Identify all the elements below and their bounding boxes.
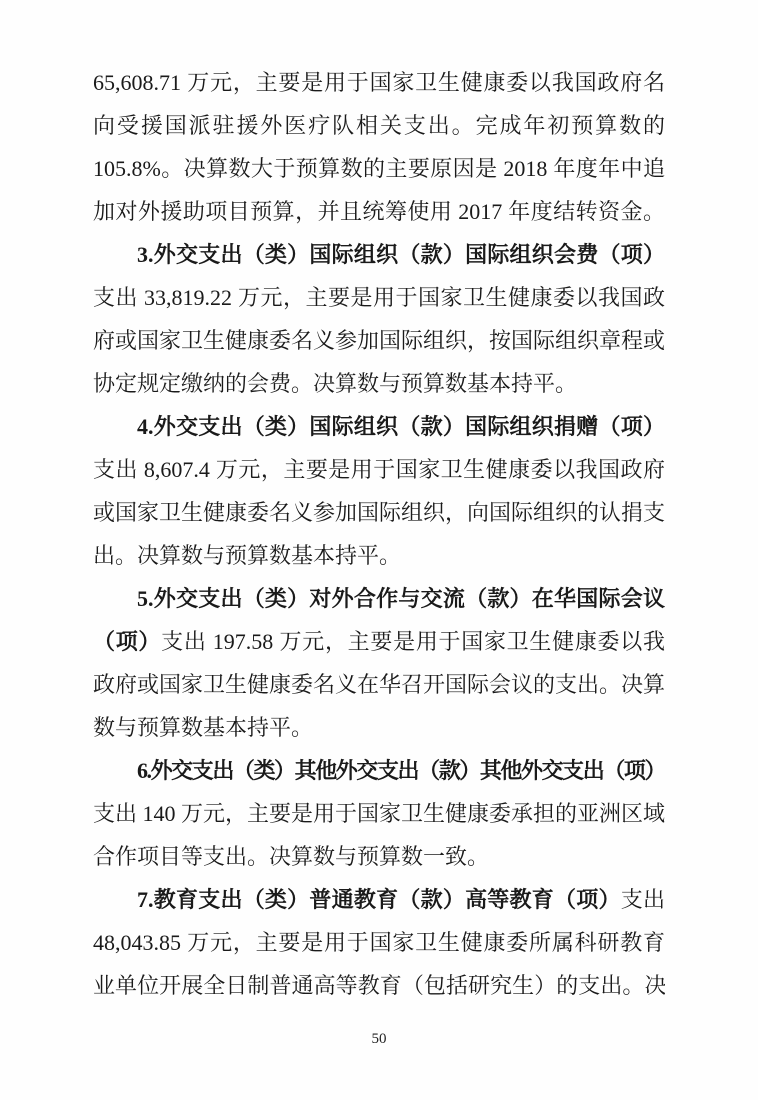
document-page: 65,608.71 万元，主要是用于国家卫生健康委以我国政府名义向受援国派驻援外… bbox=[0, 0, 758, 1100]
text-line: 5.外交支出（类）对外合作与交流（款）在华国际会议 bbox=[93, 577, 665, 620]
text-line: （项）支出 197.58 万元，主要是用于国家卫生健康委以我国 bbox=[93, 620, 665, 663]
text-line: 支出 140 万元，主要是用于国家卫生健康委承担的亚洲区域 bbox=[93, 792, 665, 835]
text-line: 65,608.71 万元，主要是用于国家卫生健康委以我国政府名义 bbox=[93, 61, 665, 104]
body-text: 支出 140 万元，主要是用于国家卫生健康委承担的亚洲区域 bbox=[93, 801, 665, 826]
text-line: 协定规定缴纳的会费。决算数与预算数基本持平。 bbox=[93, 362, 665, 405]
text-line: 支出 8,607.4 万元，主要是用于国家卫生健康委以我国政府 bbox=[93, 448, 665, 491]
text-line: 业单位开展全日制普通高等教育（包括研究生）的支出。决 bbox=[93, 964, 665, 1007]
heading-text: 3.外交支出（类）国际组织（款）国际组织会费（项） bbox=[137, 242, 665, 267]
body-text: 支出 197.58 万元，主要是用于国家卫生健康委以我国 bbox=[93, 629, 665, 663]
body-text: 65,608.71 万元，主要是用于国家卫生健康委以我国政府名义 bbox=[93, 70, 665, 104]
body-text: 加对外援助项目预算，并且统筹使用 2017 年度结转资金。 bbox=[93, 199, 665, 224]
text-line: 3.外交支出（类）国际组织（款）国际组织会费（项） bbox=[93, 233, 665, 276]
body-text: 数与预算数基本持平。 bbox=[93, 715, 313, 740]
body-text: 府或国家卫生健康委名义参加国际组织，按国际组织章程或 bbox=[93, 328, 665, 353]
body-text: 合作项目等支出。决算数与预算数一致。 bbox=[93, 844, 489, 869]
body-text: 48,043.85 万元，主要是用于国家卫生健康委所属科研教育事 bbox=[93, 930, 665, 964]
body-text: 或国家卫生健康委名义参加国际组织，向国际组织的认捐支 bbox=[93, 500, 665, 525]
body-text: 105.8%。决算数大于预算数的主要原因是 2018 年度年中追 bbox=[93, 156, 665, 181]
text-line: 48,043.85 万元，主要是用于国家卫生健康委所属科研教育事 bbox=[93, 921, 665, 964]
body-text: 协定规定缴纳的会费。决算数与预算数基本持平。 bbox=[93, 371, 577, 396]
page-number: 50 bbox=[0, 1028, 758, 1050]
body-text: 业单位开展全日制普通高等教育（包括研究生）的支出。决 bbox=[93, 973, 665, 998]
text-line: 7.教育支出（类）普通教育（款）高等教育（项）支出 bbox=[93, 878, 665, 921]
text-line: 6.外交支出（类）其他外交支出（款）其他外交支出（项） bbox=[93, 749, 665, 792]
body-text: 政府或国家卫生健康委名义在华召开国际会议的支出。决算 bbox=[93, 672, 665, 697]
text-line: 出。决算数与预算数基本持平。 bbox=[93, 534, 665, 577]
text-line: 府或国家卫生健康委名义参加国际组织，按国际组织章程或 bbox=[93, 319, 665, 362]
body-text: 支出 bbox=[621, 887, 665, 912]
text-line: 4.外交支出（类）国际组织（款）国际组织捐赠（项） bbox=[93, 405, 665, 448]
heading-text: 6.外交支出（类）其他外交支出（款）其他外交支出（项） bbox=[137, 758, 665, 783]
body-text: 向受援国派驻援外医疗队相关支出。完成年初预算数的 bbox=[93, 113, 665, 138]
text-line: 合作项目等支出。决算数与预算数一致。 bbox=[93, 835, 665, 878]
text-line: 加对外援助项目预算，并且统筹使用 2017 年度结转资金。 bbox=[93, 190, 665, 233]
text-line: 支出 33,819.22 万元，主要是用于国家卫生健康委以我国政 bbox=[93, 276, 665, 319]
text-line: 105.8%。决算数大于预算数的主要原因是 2018 年度年中追 bbox=[93, 147, 665, 190]
body-text: 出。决算数与预算数基本持平。 bbox=[93, 543, 401, 568]
heading-text: 4.外交支出（类）国际组织（款）国际组织捐赠（项） bbox=[137, 414, 665, 439]
text-line: 向受援国派驻援外医疗队相关支出。完成年初预算数的 bbox=[93, 104, 665, 147]
heading-text: 7.教育支出（类）普通教育（款）高等教育（项） bbox=[137, 887, 621, 912]
body-text: 支出 8,607.4 万元，主要是用于国家卫生健康委以我国政府 bbox=[93, 457, 665, 482]
text-line: 数与预算数基本持平。 bbox=[93, 706, 665, 749]
heading-text: （项） bbox=[93, 629, 161, 654]
document-body: 65,608.71 万元，主要是用于国家卫生健康委以我国政府名义向受援国派驻援外… bbox=[93, 61, 665, 1007]
text-line: 或国家卫生健康委名义参加国际组织，向国际组织的认捐支 bbox=[93, 491, 665, 534]
heading-text: 5.外交支出（类）对外合作与交流（款）在华国际会议 bbox=[137, 586, 665, 611]
body-text: 支出 33,819.22 万元，主要是用于国家卫生健康委以我国政 bbox=[93, 285, 665, 310]
text-line: 政府或国家卫生健康委名义在华召开国际会议的支出。决算 bbox=[93, 663, 665, 706]
